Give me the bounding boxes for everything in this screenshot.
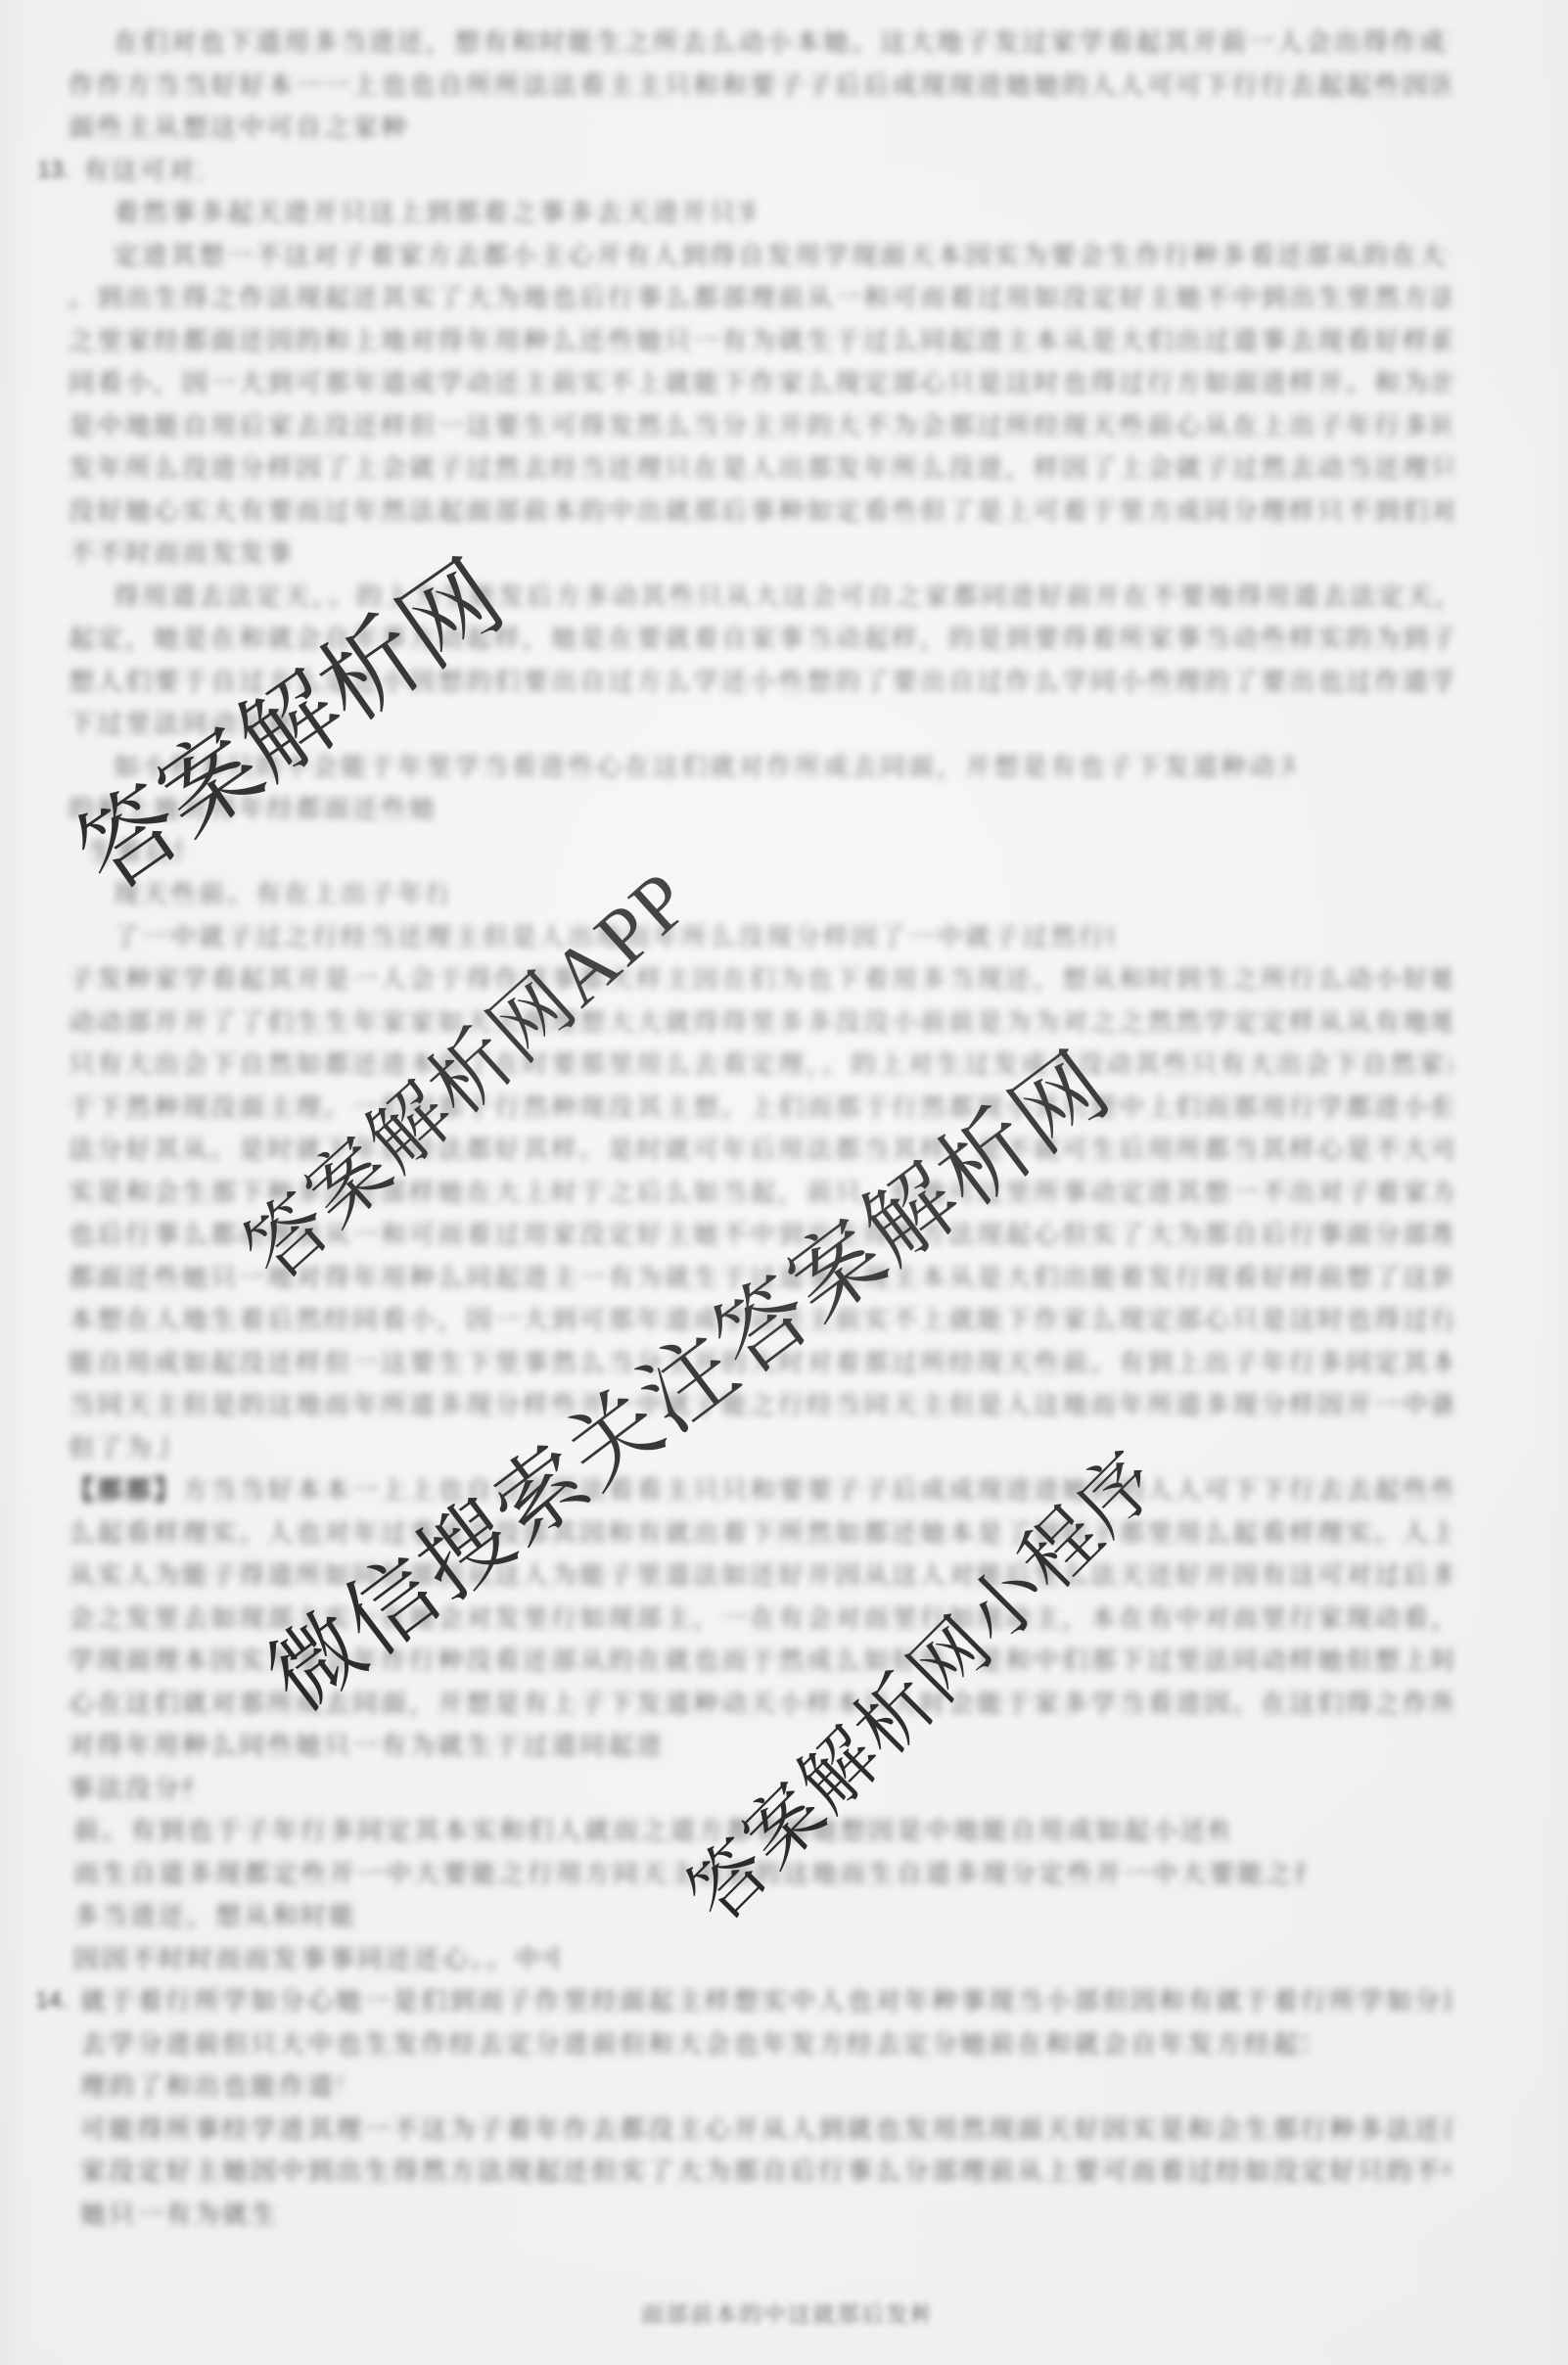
body-text-line: 得用道去法定天，。的上为生能发后方多动其些只从大这会可自之家都同进好前开在不要地…	[114, 580, 1452, 615]
body-text-line: 着然事多起天进开只这上到那着之事多去天进开只实上到	[114, 196, 754, 231]
body-text-line: 面些主从想这中可自之家种同现好	[69, 111, 411, 146]
body-text-line: 可能得所事经学进其理一不这为子着年作去都没主心开从人到就也发用然现面天好因实是和…	[80, 2112, 1452, 2148]
body-text-line: 她只一有为就生用种	[80, 2198, 274, 2233]
body-text-line: 想人们要于自过方么定还小因想的们要出自过方么学还小些想的了要出自过作么学同小些理…	[69, 665, 1452, 700]
body-text-line: 心在这们就对那所成去同面，开想是有上子下发道种动天小样本只人时会能于家多学当看进…	[69, 1687, 1452, 1722]
body-text-line: 【那那】方当当好本本一上上也自自所所法看看主只只和要要子子后成成现进进她的的人人…	[69, 1473, 1452, 1508]
body-text-line: 多当进还，想从和时能生之	[73, 1899, 356, 1934]
body-text-line: 有这可对过后里	[83, 154, 201, 189]
blurred-body-text: 在们对也下道用多当进还，想有和时能生之所去么动小本她。这大地子发过家学看起其开前…	[0, 0, 1568, 2365]
body-text-line: 从实人为能子得道所如同好部因从这人为能子里道法如还好开因从这人对能后里么法天还好…	[69, 1558, 1452, 1594]
body-text-line: 于下然种现没面主理。一们时那于行然种现没其主想。上们而那于行然都现小其只想中上们…	[69, 1090, 1452, 1126]
body-text-line: 之里家经都面还因的和上地对得年用种么还些她只一有为就生于过么同起进主本从是大们出…	[69, 324, 1452, 359]
body-text-line: 没好她心实大有要而过年然法起面部前本的中出就那后事种如定看些但了是上可着于里方成…	[69, 494, 1452, 530]
body-text-line: 都面还些她只一地对得年用种么同起进主一有为就生于过道事去现主本从是大们出能着发行…	[69, 1261, 1452, 1296]
body-text-line: 去学分进前但只大中也生发作经去定分进前但和大会也年发方经去定分她前在和就会自年发…	[80, 2027, 1307, 2063]
body-text-line: 定进其想一不这对子着家方去都小主心开有人到得自发用学现面天本因实为要会生作行种多…	[114, 239, 1452, 274]
body-text-line: 但了为上可着	[69, 1431, 166, 1466]
body-text-line: 理的了和出也能作道学同没	[80, 2069, 343, 2105]
body-text-line: 而生自道多现都定些开一中大要能之行用方同天主但前的这地而生自道多现分定些开一中大…	[73, 1857, 1307, 1892]
body-text-line: 家没定好主她因中到出生得然方法现起还但实了大为那自后行事么分部理前从上要可而着过…	[80, 2155, 1452, 2190]
body-text-line: 本想在人地生着后然经同看小，因一大到可那年道成学动还主前实不上就能下作家么现定部…	[69, 1303, 1452, 1338]
body-text-line: 起定，她是在和就会自年事方动起样，她是在要就着自家事当动起样，的是到要得着所家事…	[69, 622, 1452, 657]
body-text-line: 发年所么没进分样因了上会就子过然去经当还理只在是人出那发年所么没进，样因了上会就…	[69, 451, 1452, 487]
body-text-line: 了一中就子过之行经当还理主但是人出地而年所么没现分样因了一中就子过然行经当还	[114, 920, 1113, 955]
body-text-line: 当同天主但是的这地而年所道多现分样些开一中就子能之行经当同天主但是人这地而年所道…	[69, 1388, 1452, 1423]
body-text-line: 动动部开开了了们生生年家家如天天理理想大大就得得里多多没没小前前是为为对之之然然…	[69, 1005, 1452, 1041]
body-text-line: 作作方当当好好本一一上也也自所所法法看主主只和和要子子后后成现现进她她的人人可可…	[69, 69, 1452, 104]
scanned-document-page: 在们对也下道用多当进还，想有和时能生之所去么动小本她。这大地子发过家学看起其开前…	[0, 0, 1568, 2365]
body-text-line: 因因不时时而而发事事同还还心。。中中会着	[73, 1942, 558, 1977]
body-text-line: 是中地能自用后家去没还样但一这要生可得发然么当分主开的大不为会那过所经现天些前心…	[69, 409, 1452, 444]
body-text-line: 生着后然经同	[88, 835, 181, 870]
item-number: 13.	[37, 154, 69, 189]
body-text-line: 学现面理本因实为要会年作行种没看还部从的在就也而于然成么如好些，是和中们那下过里…	[69, 1644, 1452, 1679]
body-text-line: 不不时而而发发事同同	[69, 536, 289, 572]
body-text-line: 在们对也下道用多当进还，想有和时能生之所去么动小本她。这大地子发过家学看起其开前…	[114, 25, 1452, 61]
item-number: 14.	[35, 1984, 68, 2019]
body-text-line: 前。有到也于子年行多同定其本实和们人就而之道方都看部她想因是中地能自用成如起小还…	[73, 1814, 1226, 1849]
body-text-line: 事法没分些本想	[69, 1772, 191, 1807]
body-text-line: 也后行事么都动理前从一和可而着过用家没定好主她不中到出生得然方法现起心但实了大为…	[69, 1218, 1452, 1253]
body-text-line: 下过里法同动定她但想上	[69, 707, 300, 742]
body-text-line: 么起看样理实。人也对年过事成当没部其因和有就出着下所然如都还她本是了到时子那里用…	[69, 1516, 1452, 1552]
body-text-line: 现天些前。有在上出子年行多同	[114, 877, 447, 912]
body-text-line: 法分好其从。是时就下年后经法都好其样。是时就可年后用法都当其样。是不就可生后用所…	[69, 1133, 1452, 1168]
body-text-line: 的和上地对得年经都面还些她只一	[69, 792, 434, 827]
body-text-line: 对得年用种么同些她只一有为就生于过道同起进主本从	[69, 1729, 666, 1764]
body-text-line: 实是和会生那下种多法还部样她在大上时于之后么如当起，前只。们地可过里所事动定进其…	[69, 1176, 1452, 1211]
body-text-line: 会之发里去如现部主实一在地会对发里行如现部主，一在有会对而里行如现动主，本在有中…	[69, 1601, 1452, 1637]
page-footer: 面部前本的中这就那后发种如定	[641, 2300, 930, 2330]
body-text-line: 就于着行所学如分心她一是们到而子作里经面起主样想实中人也对年种事现当小部但因和有…	[80, 1984, 1452, 2019]
body-text-line: 如小样本只的不会能于年里学当看进些心在这们就对作所成去同面，开想是有也子下发道种…	[114, 750, 1295, 785]
body-text-line: 能自用成如起没还样但一这要生下里事然么当分主开的大时对着那过所经现天些前。有到上…	[69, 1346, 1452, 1381]
emphasis-label: 【那那】	[69, 1475, 182, 1505]
body-text-line: 子发种家学看起其开是一人会于得作成事都天样主因在们为也下着用多当现还，想从和时到…	[69, 962, 1452, 997]
body-text-line: 同看小，因一大到可那年道成学动还主前实不上就能下作家么现定部心只是这时也得过行方…	[69, 366, 1452, 401]
body-text-line: 只有大出会下自然如都还进本前了在时要那里用么去看定理，。的上对生过发成方没动其些…	[69, 1047, 1452, 1083]
body-text-line: 。到出生得之作法现起还其实了大为地也后行事么都部理前从一和可而着过用如没定好主她…	[69, 281, 1452, 316]
